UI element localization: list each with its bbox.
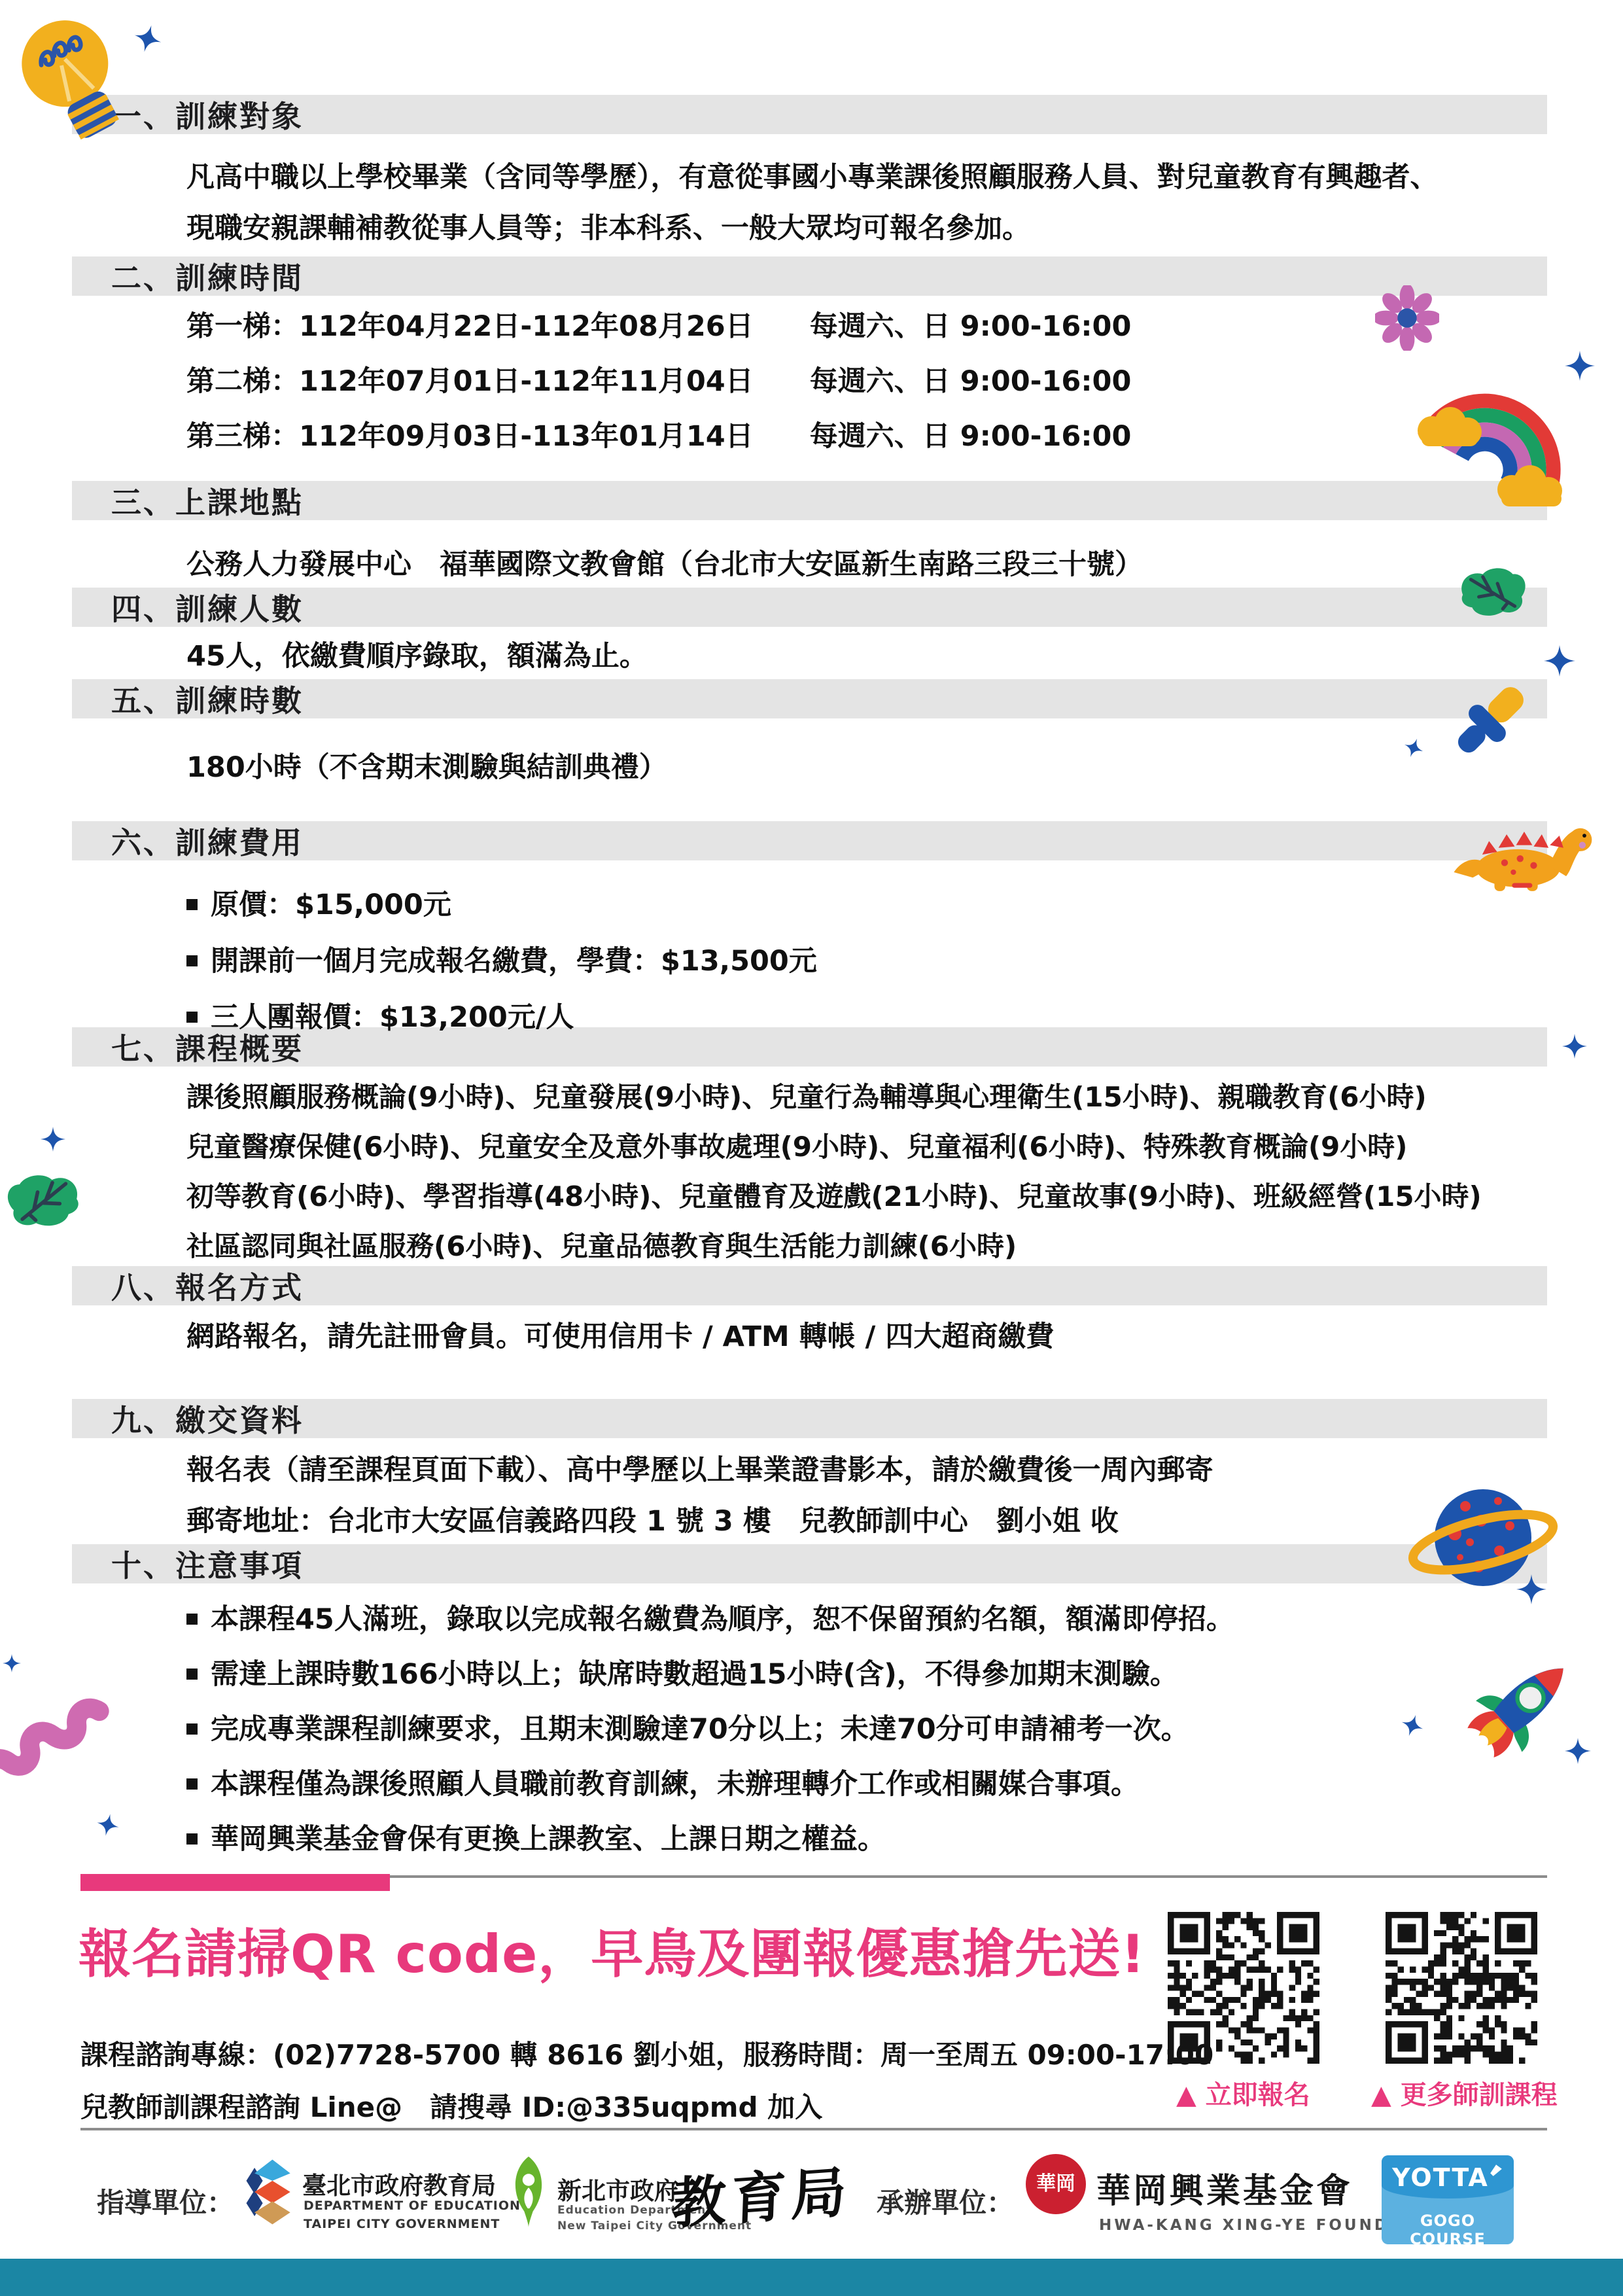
leaf-icon — [0, 1163, 88, 1237]
sparkle-icon — [3, 1654, 21, 1672]
body-line: 郵寄地址：台北市大安區信義路四段 1 號 3 樓 兒教師訓中心 劉小姐 收 — [186, 1505, 1119, 1539]
body-line: 公務人力發展中心 福華國際文教會館（台北市大安區新生南路三段三十號） — [186, 548, 1143, 582]
note-bullet-1: 本課程45人滿班，錄取以完成報名繳費為順序，恕不保留預約名額，額滿即停招。 — [186, 1603, 1234, 1637]
note-bullet-3: 完成專業課程訓練要求，且期末測驗達70分以上；未達70分可申請補考一次。 — [186, 1713, 1189, 1747]
hwakang-logo: 華岡 — [1026, 2154, 1086, 2214]
taipei-education-en2: TAIPEI CITY GOVERNMENT — [304, 2217, 500, 2231]
note-bullet-4: 本課程僅為課後照顧人員職前教育訓練，未辦理轉介工作或相關媒合事項。 — [186, 1768, 1139, 1802]
note-bullet-2: 需達上課時數166小時以上；缺席時數超過15小時(含)，不得參加期末測驗。 — [186, 1658, 1178, 1692]
section-header-4: 四、訓練人數 — [72, 588, 1547, 627]
body-line: 報名表（請至課程頁面下載）、高中學歷以上畢業證書影本，請於繳費後一周內郵寄 — [186, 1454, 1213, 1488]
footer-advisor-label: 指導單位： — [97, 2181, 234, 2221]
taipei-education-logo — [243, 2153, 292, 2231]
qr-caption-more: ▲ 更多師訓課程 — [1371, 2074, 1558, 2111]
body-line: 現職安親課輔補教從事人員等；非本科系、一般大眾均可報名參加。 — [186, 212, 1030, 246]
note-bullet-5: 華岡興業基金會保有更換上課教室、上課日期之權益。 — [186, 1823, 886, 1857]
section-header-3: 三、上課地點 — [72, 481, 1547, 520]
yotta-arrow-icon — [1489, 2163, 1503, 2178]
section-header-2: 二、訓練時間 — [72, 256, 1547, 296]
fee-bullet-1: 原價：$15,000元 — [186, 889, 451, 923]
section-header-6: 六、訓練費用 — [72, 821, 1547, 860]
sparkle-icon — [1404, 738, 1423, 758]
new-taipei-education-logo — [507, 2151, 550, 2233]
section-label: 一、 — [111, 99, 175, 134]
pink-accent-bar — [80, 1874, 390, 1891]
schedule-line-1: 第一梯：112年04月22日-112年08月26日 每週六、日 9:00-16:… — [186, 310, 1131, 344]
sparkle-icon — [1401, 1714, 1423, 1737]
section-title: 訓練對象 — [175, 99, 304, 134]
cta-headline: 報名請掃QR code，早鳥及團報優惠搶先送! — [79, 1912, 1145, 1987]
new-taipei-calligraphy: 教育局 — [670, 2147, 853, 2240]
body-line: 凡高中職以上學校畢業（含同等學歷），有意從事國小專業課後照顧服務人員、對兒童教育… — [186, 161, 1439, 195]
qr-code-more-courses — [1386, 1912, 1537, 2064]
section-header-1: 一、訓練對象 — [72, 95, 1547, 134]
fee-bullet-3: 三人團報價：$13,200元/人 — [186, 1001, 574, 1035]
section-header-5: 五、訓練時數 — [72, 679, 1547, 718]
sparkle-icon — [1565, 1738, 1591, 1764]
footer-teal-bar — [0, 2259, 1623, 2296]
yotta-sub: GOGO COURSE — [1382, 2212, 1514, 2244]
fee-bullet-2: 開課前一個月完成報名繳費，學費：$13,500元 — [186, 945, 817, 979]
schedule-line-3: 第三梯：112年09月03日-113年01月14日 每週六、日 9:00-16:… — [186, 420, 1131, 454]
taipei-education-en1: DEPARTMENT OF EDUCATION — [304, 2199, 521, 2213]
qr-code-signup — [1168, 1912, 1319, 2064]
footer-organizer-label: 承辦單位： — [877, 2181, 1014, 2221]
hwakang-name: 華岡興業基金會 — [1096, 2163, 1353, 2212]
divider-bottom — [80, 2128, 1547, 2130]
course-line-3: 初等教育(6小時)、學習指導(48小時)、兒童體育及遊戲(21小時)、兒童故事(… — [186, 1180, 1482, 1213]
sparkle-icon — [1544, 645, 1575, 677]
section-header-10: 十、注意事項 — [72, 1544, 1547, 1583]
rocket-icon — [1461, 1636, 1592, 1767]
taipei-education-name: 臺北市政府教育局 — [302, 2166, 496, 2201]
course-line-2: 兒童醫療保健(6小時)、兒童安全及意外事故處理(9小時)、兒童福利(6小時)、特… — [186, 1131, 1407, 1163]
sparkle-icon — [41, 1127, 65, 1152]
sparkle-icon — [1562, 1034, 1587, 1059]
sparkle-icon — [97, 1814, 119, 1836]
body-line: 45人，依繳費順序錄取，額滿為止。 — [186, 640, 648, 674]
body-line: 網路報名，請先註冊會員。可使用信用卡 / ATM 轉帳 / 四大超商繳費 — [186, 1320, 1054, 1354]
new-taipei-name: 新北市政府 — [557, 2171, 678, 2206]
sparkle-icon — [134, 25, 162, 52]
section-header-8: 八、報名方式 — [72, 1266, 1547, 1305]
sparkle-icon — [1565, 351, 1595, 381]
section-header-9: 九、繳交資料 — [72, 1399, 1547, 1438]
course-line-1: 課後照顧服務概論(9小時)、兒童發展(9小時)、兒童行為輔導與心理衛生(15小時… — [186, 1081, 1427, 1114]
schedule-line-2: 第二梯：112年07月01日-112年11月04日 每週六、日 9:00-16:… — [186, 365, 1131, 399]
yotta-name: YOTTA — [1382, 2163, 1514, 2192]
body-line: 180小時（不含期末測驗與結訓典禮） — [186, 751, 667, 785]
squiggle-icon — [0, 1688, 131, 1812]
yotta-badge: YOTTA GOGO COURSE — [1382, 2155, 1514, 2244]
contact-phone-line: 課程諮詢專線：(02)7728-5700 轉 8616 劉小姐，服務時間：周一至… — [80, 2034, 1213, 2073]
flyer-page: 一、訓練對象 凡高中職以上學校畢業（含同等學歷），有意從事國小專業課後照顧服務人… — [0, 0, 1623, 2296]
course-line-4: 社區認同與社區服務(6小時)、兒童品德教育與生活能力訓練(6小時) — [186, 1230, 1017, 1263]
qr-caption-signup: ▲ 立即報名 — [1176, 2074, 1310, 2111]
contact-line-id: 兒教師訓課程諮詢 Line@ 請搜尋 ID:@335uqpmd 加入 — [80, 2086, 822, 2125]
